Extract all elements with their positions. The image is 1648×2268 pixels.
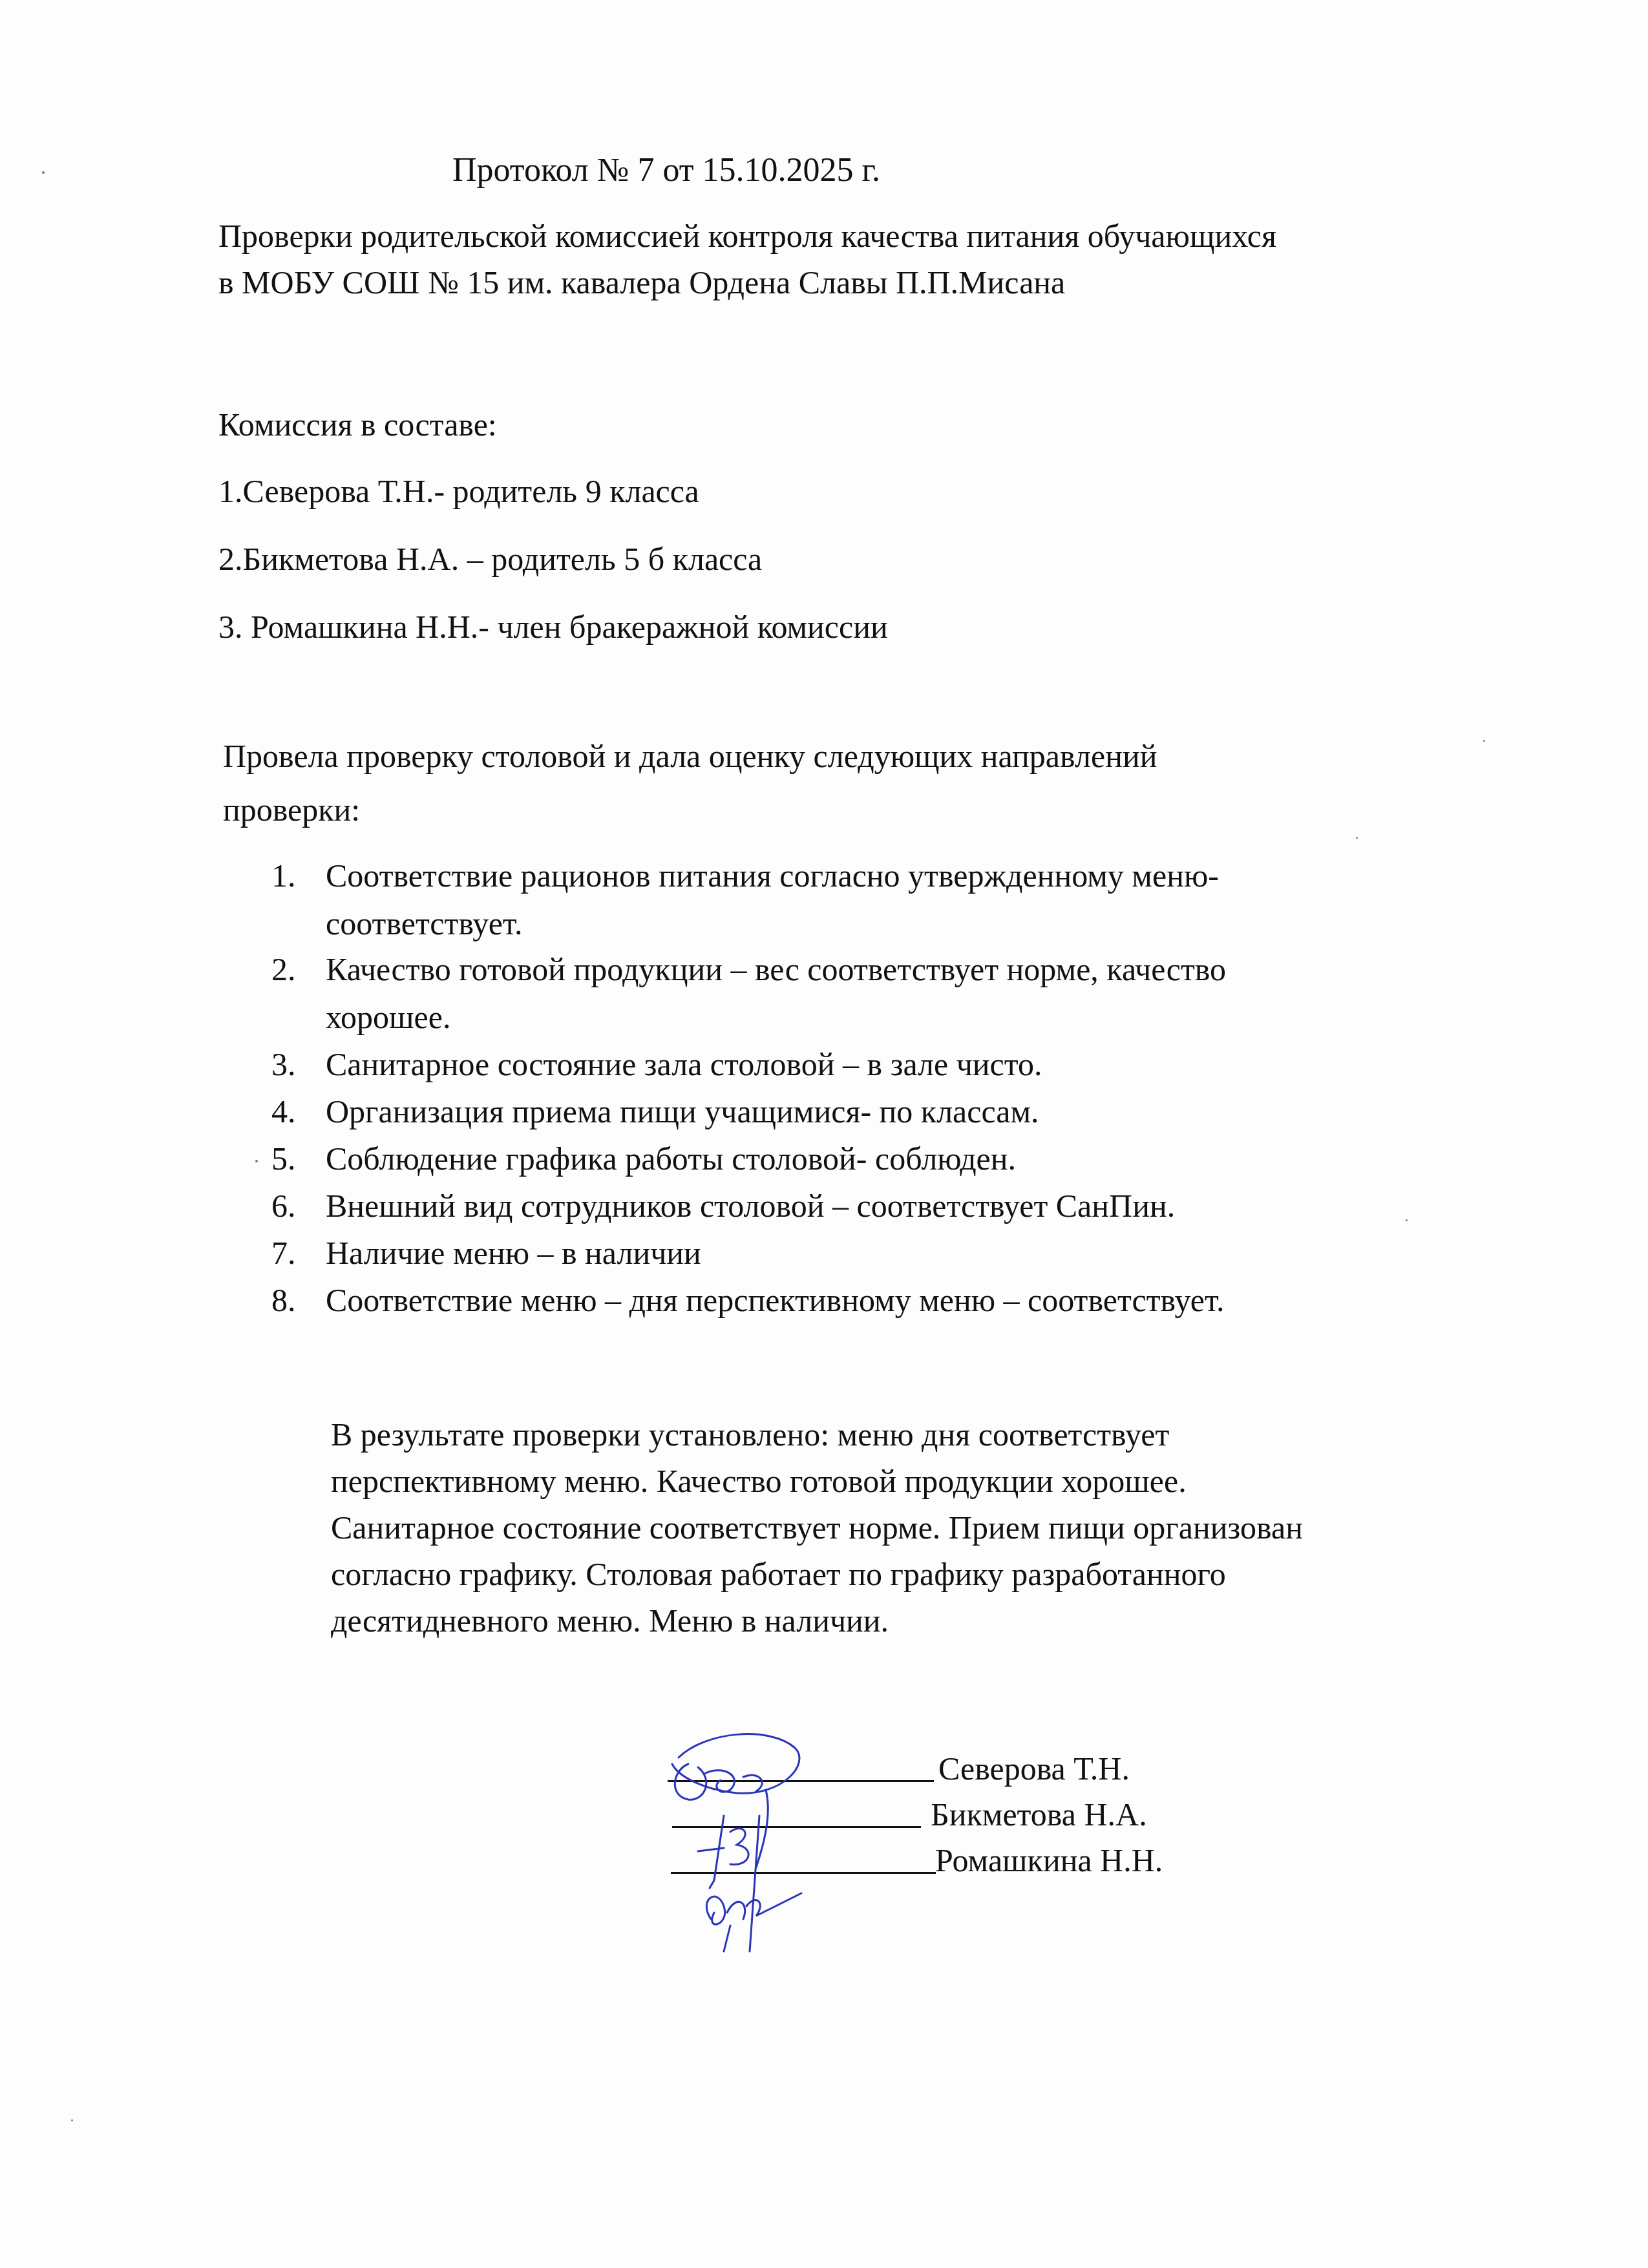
protocol-title: Протокол № 7 от 15.10.2025 г.	[452, 154, 880, 187]
scan-speck	[1483, 740, 1485, 742]
check-number: 4.	[271, 1095, 326, 1128]
check-text-continued: хорошее.	[326, 1001, 450, 1033]
check-item: 7.Наличие меню – в наличии	[271, 1237, 701, 1269]
check-number: 8.	[271, 1284, 326, 1316]
check-text: Соответствие меню – дня перспективному м…	[326, 1282, 1225, 1318]
check-text: Качество готовой продукции – вес соответ…	[326, 951, 1226, 987]
check-text: Соблюдение графика работы столовой- собл…	[326, 1140, 1016, 1177]
summary-line: перспективному меню. Качество готовой пр…	[331, 1465, 1187, 1497]
check-number: 6.	[271, 1190, 326, 1222]
intro-line-2: проверки:	[223, 793, 360, 826]
scan-speck	[1356, 837, 1358, 839]
check-text: Соответствие рационов питания согласно у…	[326, 857, 1219, 894]
signatory-name: Бикметова Н.А.	[931, 1798, 1147, 1831]
check-text: Внешний вид сотрудников столовой – соотв…	[326, 1188, 1175, 1224]
scan-speck	[1406, 1219, 1408, 1221]
check-item: 1.Соответствие рационов питания согласно…	[271, 859, 1219, 892]
commission-member: 1.Северова Т.Н.- родитель 9 класса	[218, 475, 699, 507]
header-line-2: в МОБУ СОШ № 15 им. кавалера Ордена Слав…	[218, 266, 1065, 299]
summary-line: В результате проверки установлено: меню …	[331, 1418, 1169, 1451]
check-item: 2.Качество готовой продукции – вес соотв…	[271, 953, 1226, 985]
intro-line-1: Провела проверку столовой и дала оценку …	[223, 740, 1157, 772]
check-text: Организация приема пищи учащимися- по кл…	[326, 1093, 1039, 1129]
check-text-continued: соответствует.	[326, 907, 522, 940]
document-page: Протокол № 7 от 15.10.2025 г. Проверки р…	[0, 0, 1648, 2268]
handwritten-signature-icon	[653, 1719, 860, 1951]
check-item: 8.Соответствие меню – дня перспективному…	[271, 1284, 1225, 1316]
check-number: 2.	[271, 953, 326, 985]
summary-line: Санитарное состояние соответствует норме…	[331, 1511, 1303, 1544]
check-item: 5.Соблюдение графика работы столовой- со…	[271, 1142, 1016, 1175]
check-number: 3.	[271, 1048, 326, 1080]
commission-heading: Комиссия в составе:	[218, 408, 497, 441]
header-line-1: Проверки родительской комиссией контроля…	[218, 220, 1276, 252]
check-item: 6.Внешний вид сотрудников столовой – соо…	[271, 1190, 1175, 1222]
summary-line: десятидневного меню. Меню в наличии.	[331, 1604, 889, 1637]
check-text: Санитарное состояние зала столовой – в з…	[326, 1046, 1042, 1082]
check-text: Наличие меню – в наличии	[326, 1235, 701, 1271]
check-item: 4.Организация приема пищи учащимися- по …	[271, 1095, 1039, 1128]
check-number: 5.	[271, 1142, 326, 1175]
check-item: 3.Санитарное состояние зала столовой – в…	[271, 1048, 1042, 1080]
signatory-name: Ромашкина Н.Н.	[935, 1844, 1163, 1876]
signatory-name: Северова Т.Н.	[938, 1752, 1130, 1785]
summary-line: согласно графику. Столовая работает по г…	[331, 1558, 1226, 1590]
scan-speck	[42, 171, 45, 174]
check-number: 7.	[271, 1237, 326, 1269]
check-number: 1.	[271, 859, 326, 892]
commission-member: 3. Ромашкина Н.Н.- член бракеражной коми…	[218, 611, 888, 643]
commission-member: 2.Бикметова Н.А. – родитель 5 б класса	[218, 543, 762, 575]
scan-speck	[71, 2119, 73, 2121]
scan-speck	[255, 1160, 258, 1162]
